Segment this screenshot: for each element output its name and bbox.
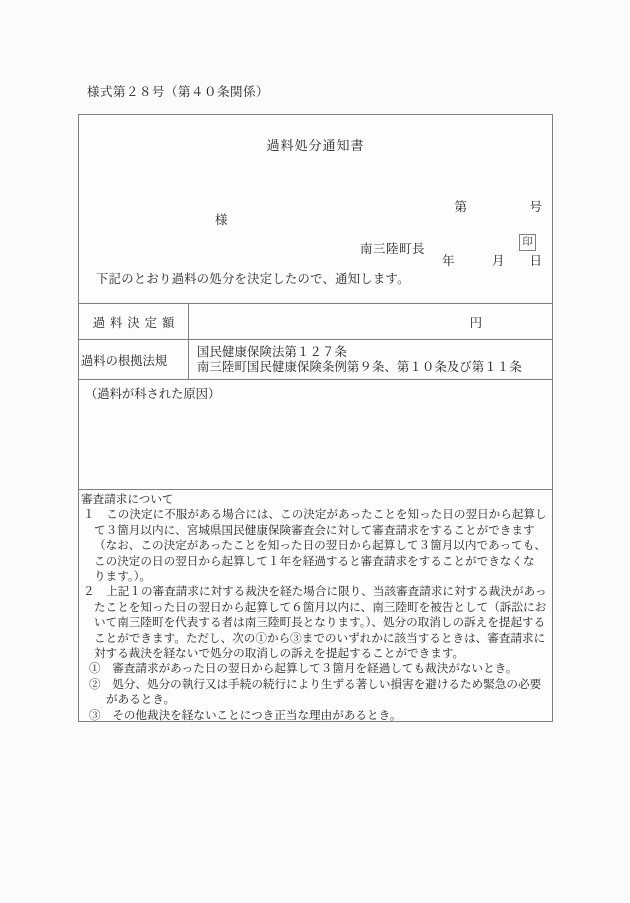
appeal-line: ります。）。	[79, 569, 552, 584]
appeal-line: ③ その他裁決を経ないことにつき正当な理由があるとき。	[79, 708, 552, 723]
fine-amount-unit: 円	[189, 313, 552, 331]
fine-amount-row: 過料決定額 円	[79, 303, 552, 339]
document-number-line: 第 号	[442, 198, 542, 216]
fine-amount-label-cell: 過料決定額	[79, 304, 189, 339]
appeal-line: いて南三陸町を代表する者は南三陸町長となります。）、処分の取消しの訴えを提起する	[79, 615, 552, 630]
legal-basis-row: 過料の根拠法規 国民健康保険法第１２７条 南三陸町国民健康保険条例第９条、第１０…	[79, 339, 552, 379]
legal-basis-lines: 国民健康保険法第１２７条 南三陸町国民健康保険条例第９条、第１０条及び第１１条	[189, 345, 522, 375]
document-date-line: 年 月 日	[442, 252, 542, 270]
appeal-line: ① 審査請求があった日の翌日から起算して３箇月を経過しても裁決がないとき。	[79, 661, 552, 676]
appeal-info-lines: 審査請求について １ この決定に不服がある場合には、この決定があったことを知った…	[79, 492, 552, 723]
appeal-line: この決定の日の翌日から起算して１年を経過すると審査請求をすることができなくな	[79, 554, 552, 569]
fine-amount-value-cell: 円	[189, 304, 552, 339]
fine-reason-cell: （過料が科された原因）	[79, 379, 552, 489]
legal-basis-label: 過料の根拠法規	[79, 351, 167, 369]
appeal-line: たことを知った日の翌日から起算して６箇月以内に、南三陸町を被告として（訴訟にお	[79, 600, 552, 615]
appeal-line: １ この決定に不服がある場合には、この決定があったことを知った日の翌日から起算し	[79, 507, 552, 522]
document-page: 様式第２８号（第４０条関係） 過料処分通知書 第 号 年 月 日 様 南三陸町長…	[0, 0, 630, 903]
issuer-title: 南三陸町長	[360, 239, 425, 257]
legal-basis-line: 国民健康保険法第１２７条	[197, 345, 522, 360]
legal-basis-value-cell: 国民健康保険法第１２７条 南三陸町国民健康保険条例第９条、第１０条及び第１１条	[189, 340, 552, 379]
legal-basis-line: 南三陸町国民健康保険条例第９条、第１０条及び第１１条	[197, 360, 522, 375]
appeal-line: ② 処分、処分の執行又は手続の続行により生ずる著しい損害を避けるため緊急の必要	[79, 677, 552, 692]
appeal-heading: 審査請求について	[79, 492, 552, 507]
appeal-line: ２ 上記１の審査請求に対する裁決を経た場合に限り、当該審査請求に対する裁決があっ	[79, 584, 552, 599]
appeal-line: があるとき。	[79, 692, 552, 707]
fine-amount-label: 過料決定額	[79, 313, 188, 331]
notice-intro-text: 下記のとおり過料の処分を決定したので、通知します。	[96, 269, 410, 287]
appeal-line: 対する裁決を経ないで処分の取消しの訴えを提起することができます。	[79, 646, 552, 661]
addressee-honorific: 様	[215, 210, 228, 228]
notice-document-frame: 過料処分通知書 第 号 年 月 日 様 南三陸町長 印 下記のとおり過料の処分を…	[78, 114, 553, 722]
legal-basis-label-cell: 過料の根拠法規	[79, 340, 189, 379]
appeal-line: （なお、この決定があったことを知った日の翌日から起算して３箇月以内であっても、	[79, 538, 552, 553]
appeal-line: て３箇月以内に、宮城県国民健康保険審査会に対して審査請求をすることができます	[79, 523, 552, 538]
inkan-seal-icon: 印	[519, 234, 536, 251]
appeal-line: ことができます。ただし、次の①から③までのいずれかに該当するときは、審査請求に	[79, 631, 552, 646]
appeal-info-section: 審査請求について １ この決定に不服がある場合には、この決定があったことを知った…	[79, 489, 552, 721]
fine-reason-placeholder: （過料が科された原因）	[85, 384, 220, 402]
document-title: 過料処分通知書	[79, 135, 552, 154]
form-number-label: 様式第２８号（第４０条関係）	[87, 82, 269, 100]
